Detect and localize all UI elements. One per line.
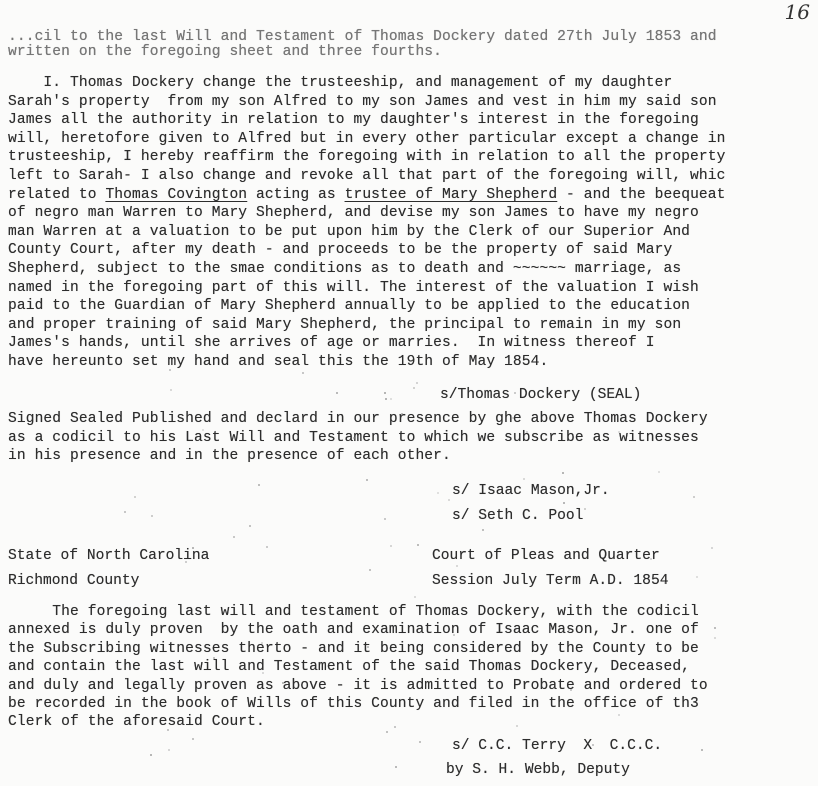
probate-line: and duly and legally proven as above - i… <box>8 679 708 694</box>
county-label: Richmond County <box>8 573 139 589</box>
codicil-line: I. Thomas Dockery change the trusteeship… <box>8 76 672 91</box>
codicil-line: of negro man Warren to Mary Shepherd, an… <box>8 206 699 221</box>
codicil-line: and proper training of said Mary Shepher… <box>8 318 681 333</box>
codicil-line: have hereunto set my hand and seal this … <box>8 355 548 370</box>
attestation-line: in his presence and in the presence of e… <box>8 449 451 464</box>
header-line-1: ...cil to the last Will and Testament of… <box>8 30 717 45</box>
header-line-2: written on the foregoing sheet and three… <box>8 45 442 60</box>
probate-line: be recorded in the book of Wills of this… <box>8 697 699 712</box>
witness-signature-2: s/ Seth C. Pool <box>452 508 583 524</box>
testator-signature: s/Thomas Dockery (SEAL) <box>440 387 641 403</box>
codicil-line: Sarah's property from my son Alfred to m… <box>8 95 717 110</box>
probate-line: and contain the last will and Testament … <box>8 660 690 675</box>
codicil-line: James's hands, until she arrives of age … <box>8 336 655 351</box>
state-label: State of North Carolina <box>8 548 209 564</box>
codicil-line: related to Thomas Covington acting as tr… <box>8 188 726 203</box>
codicil-line: named in the foregoing part of this will… <box>8 281 699 296</box>
probate-line: Clerk of the aforesaid Court. <box>8 715 265 730</box>
court-label: Court of Pleas and Quarter <box>432 548 660 564</box>
probate-line: annexed is duly proven by the oath and e… <box>8 623 699 638</box>
document-page: 16 ...cil to the last Will and Testament… <box>0 0 818 786</box>
codicil-line: County Court, after my death - and proce… <box>8 243 672 258</box>
codicil-line: James all the authority in relation to m… <box>8 113 699 128</box>
deputy-signature: by S. H. Webb, Deputy <box>446 762 630 778</box>
codicil-line: Shepherd, subject to the smae conditions… <box>8 262 681 277</box>
codicil-line: left to Sarah- I also change and revoke … <box>8 169 725 184</box>
codicil-line: trusteeship, I hereby reaffirm the foreg… <box>8 150 725 165</box>
probate-line: The foregoing last will and testament of… <box>8 605 699 620</box>
attestation-line: Signed Sealed Published and declard in o… <box>8 412 708 427</box>
witness-signature-1: s/ Isaac Mason,Jr. <box>452 483 610 499</box>
probate-line: the Subscribing witnesses therto - and i… <box>8 642 699 657</box>
codicil-line: will, heretofore given to Alfred but in … <box>8 132 725 147</box>
codicil-line: paid to the Guardian of Mary Shepherd an… <box>8 299 690 314</box>
page-number: 16 <box>785 0 810 24</box>
codicil-line: man Warren at a valuation to be put upon… <box>8 225 690 240</box>
session-label: Session July Term A.D. 1854 <box>432 573 668 589</box>
clerk-signature: s/ C.C. Terry X C.C.C. <box>452 738 662 754</box>
